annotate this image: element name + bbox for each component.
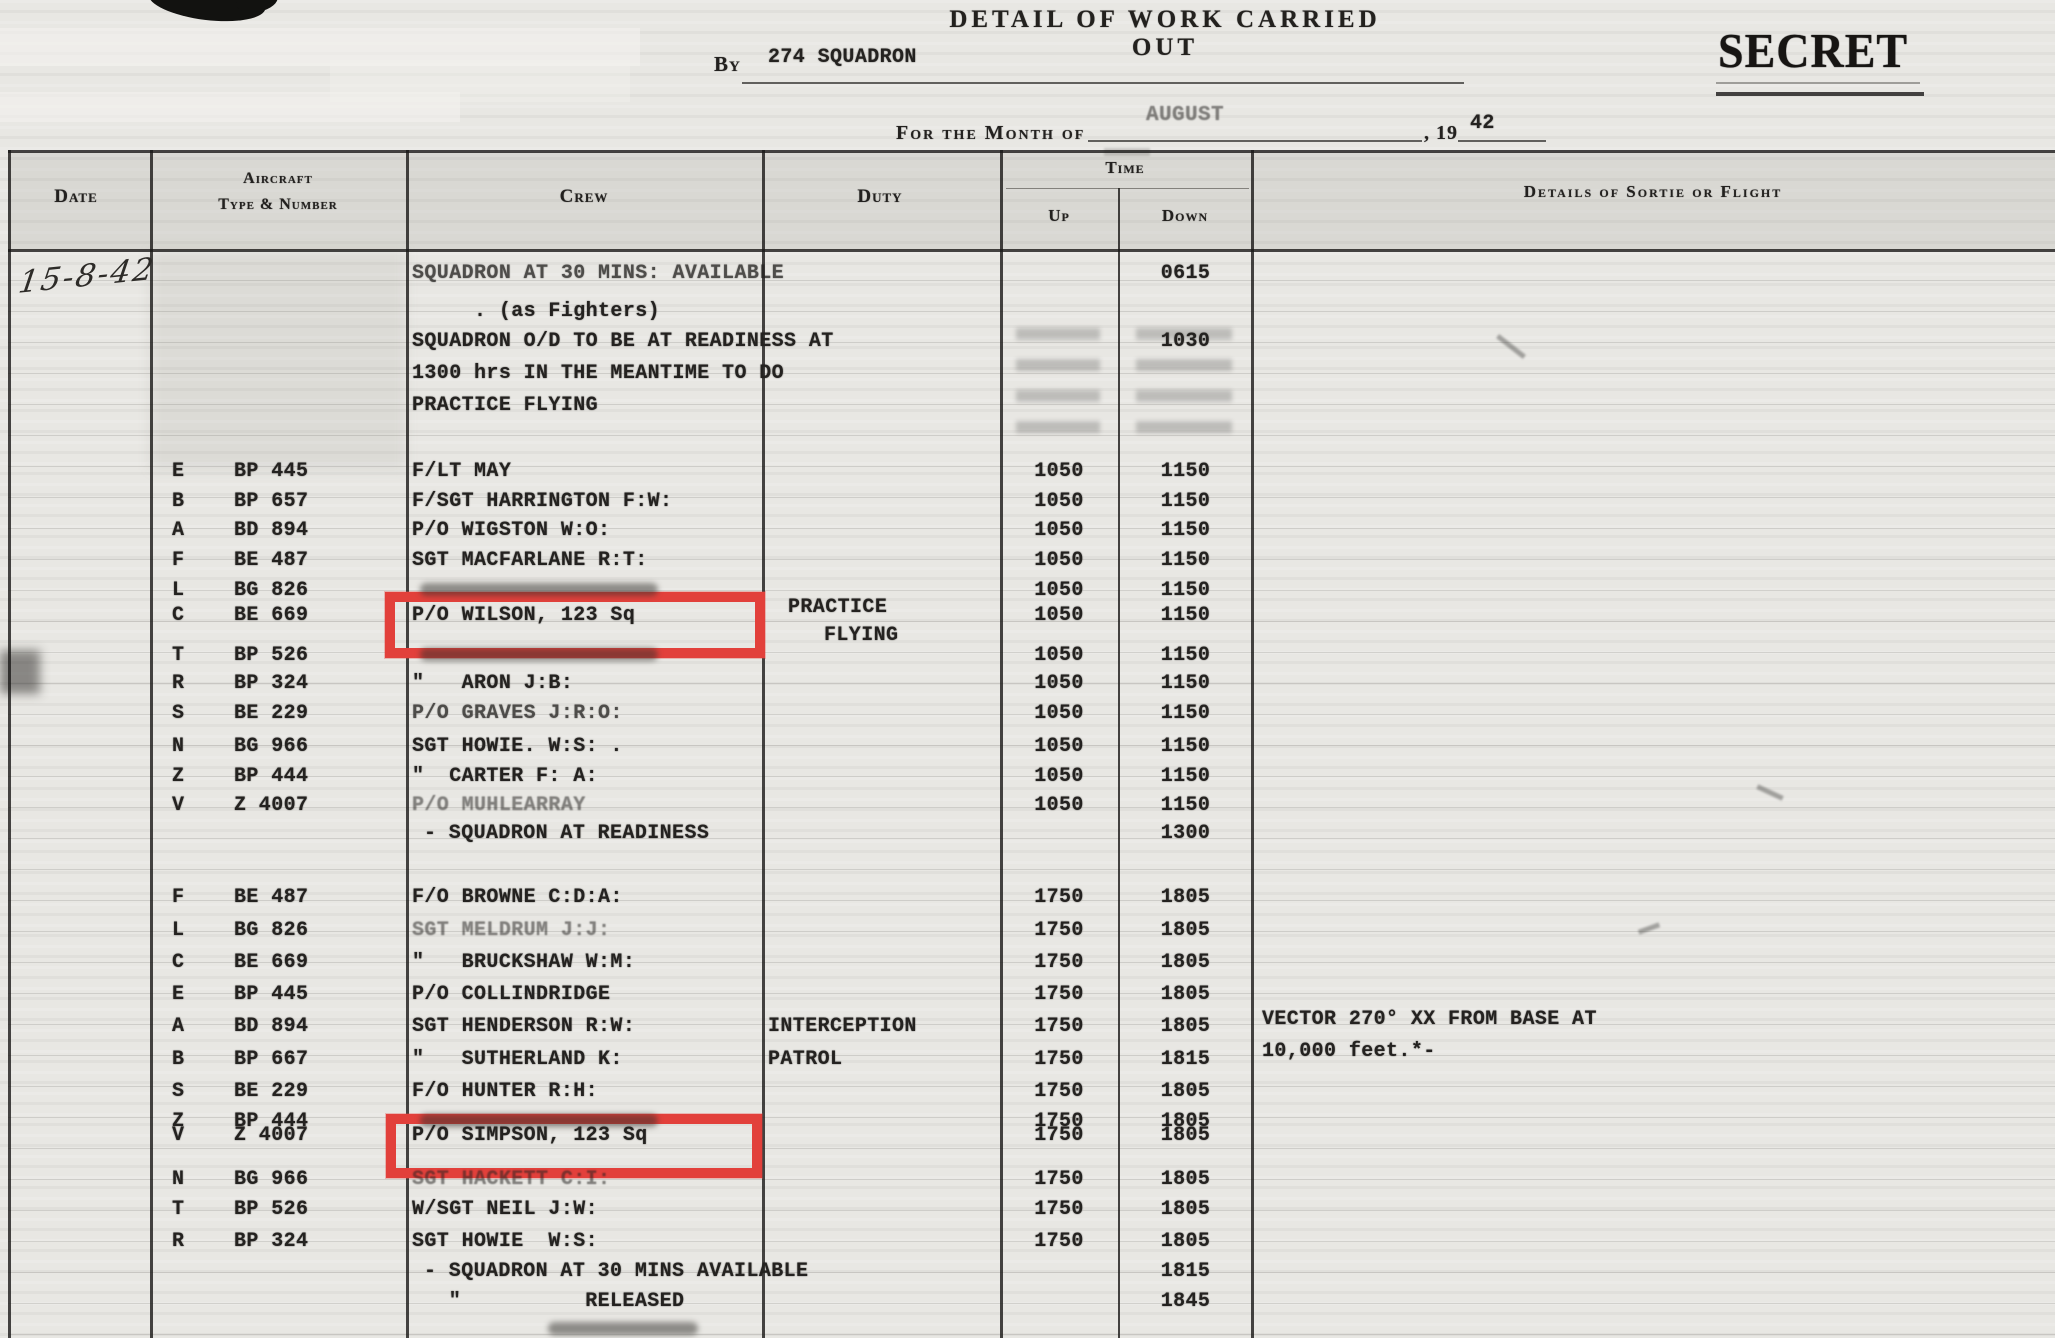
duty-practice-line2: FLYING: [824, 624, 898, 647]
aircraft-letter: N: [172, 1168, 184, 1191]
year-label: , 19: [1424, 122, 1458, 145]
crew-name: P/O WILSON, 123 Sq: [412, 604, 635, 627]
header-aircraft-line1: Aircraft: [178, 170, 378, 188]
aircraft-serial: BP 445: [234, 460, 308, 483]
cutoff-row-smudge: [548, 1322, 698, 1335]
crew-name: SGT HOWIE. W:S: .: [412, 735, 623, 758]
time-up: 1050: [1002, 672, 1116, 695]
aircraft-letter: V: [172, 794, 184, 817]
header-crew: Crew: [484, 186, 684, 208]
aircraft-letter: S: [172, 702, 184, 725]
header-date: Date: [26, 186, 126, 208]
secret-underline: [1716, 82, 1920, 84]
time-down: 1150: [1122, 490, 1249, 513]
aircraft-serial: Z 4007: [234, 1124, 308, 1147]
header-aircraft-line2: Type & Number: [178, 196, 378, 214]
time-down: 1805: [1122, 1015, 1249, 1038]
aircraft-serial: BE 229: [234, 1080, 308, 1103]
aircraft-serial: BE 669: [234, 951, 308, 974]
scan-light-band: [330, 60, 630, 102]
year-value: 42: [1470, 112, 1495, 135]
time-down: 1805: [1122, 919, 1249, 942]
table-top-border: [8, 150, 2055, 153]
month-value: AUGUST: [1146, 104, 1224, 127]
time-up: 1050: [1002, 702, 1116, 725]
time-down: 1150: [1122, 460, 1249, 483]
squadron-status-text: . (as Fighters): [412, 300, 660, 323]
aircraft-letter: R: [172, 1230, 184, 1253]
year-underline: [1458, 140, 1546, 142]
time-up: 1050: [1002, 644, 1116, 667]
aircraft-letter: F: [172, 886, 184, 909]
aircraft-letter: C: [172, 951, 184, 974]
time-up: 1750: [1002, 1168, 1116, 1191]
bleedthrough-times: [1016, 328, 1100, 433]
aircraft-letter: A: [172, 519, 184, 542]
time-down: 1805: [1122, 1230, 1249, 1253]
aircraft-letter: E: [172, 460, 184, 483]
illegible-crew-smudge: [420, 583, 658, 596]
aircraft-letter: E: [172, 983, 184, 1006]
crew-name: P/O GRAVES J:R:O:: [412, 702, 623, 725]
crew-name: SGT HOWIE W:S:: [412, 1230, 598, 1253]
header-time: Time: [1025, 158, 1225, 178]
aircraft-serial: BP 657: [234, 490, 308, 513]
aircraft-letter: L: [172, 919, 184, 942]
aircraft-serial: BE 229: [234, 702, 308, 725]
crew-name: " ARON J:B:: [412, 672, 573, 695]
aircraft-letter: B: [172, 1048, 184, 1071]
time-up: 1050: [1002, 549, 1116, 572]
by-label: By: [714, 52, 741, 77]
time-down: 1150: [1122, 702, 1249, 725]
crew-name: SGT MACFARLANE R:T:: [412, 549, 648, 572]
aircraft-letter: C: [172, 604, 184, 627]
time-up: 1750: [1002, 1124, 1116, 1147]
page-title: DETAIL OF WORK CARRIED OUT: [922, 6, 1408, 62]
secret-underline: [1716, 92, 1924, 96]
aircraft-letter: T: [172, 1198, 184, 1221]
time-down: 1030: [1122, 330, 1249, 353]
duty-practice-line1: PRACTICE: [788, 596, 887, 619]
time-down: 1815: [1122, 1048, 1249, 1071]
col-border-crew-duty: [762, 150, 765, 1338]
crew-name: P/O WIGSTON W:O:: [412, 519, 610, 542]
month-underline: [1088, 140, 1422, 142]
time-up: 1050: [1002, 579, 1116, 602]
aircraft-serial: BP 444: [234, 765, 308, 788]
time-up: 1750: [1002, 886, 1116, 909]
aircraft-serial: Z 4007: [234, 794, 308, 817]
col-border-time-details: [1251, 150, 1254, 1338]
squadron-status-text: - SQUADRON AT 30 MINS AVAILABLE: [424, 1260, 808, 1283]
aircraft-letter: T: [172, 644, 184, 667]
time-down: 1815: [1122, 1260, 1249, 1283]
aircraft-serial: BE 669: [234, 604, 308, 627]
aircraft-serial: BP 526: [234, 644, 308, 667]
time-header-divider: [1006, 188, 1249, 189]
time-down: 1150: [1122, 765, 1249, 788]
time-up: 1050: [1002, 794, 1116, 817]
time-up: 1750: [1002, 1015, 1116, 1038]
aircraft-serial: BP 667: [234, 1048, 308, 1071]
time-up: 1750: [1002, 1230, 1116, 1253]
time-down: 1150: [1122, 735, 1249, 758]
aircraft-serial: BG 826: [234, 919, 308, 942]
squadron-status-text: SQUADRON AT 30 MINS: AVAILABLE: [412, 262, 784, 285]
aircraft-letter: F: [172, 549, 184, 572]
aircraft-serial: BP 324: [234, 672, 308, 695]
header-down: Down: [1124, 206, 1246, 226]
illegible-crew-smudge: [420, 648, 658, 661]
crew-name: P/O MUHLEARRAY: [412, 794, 586, 817]
header-duty: Duty: [780, 186, 980, 208]
crew-name: " SUTHERLAND K:: [412, 1048, 623, 1071]
squadron-value: 274 SQUADRON: [768, 46, 917, 69]
crew-name: W/SGT NEIL J:W:: [412, 1198, 598, 1221]
time-down: 0615: [1122, 262, 1249, 285]
aircraft-letter: B: [172, 490, 184, 513]
crew-name: F/O BROWNE C:D:A:: [412, 886, 623, 909]
time-down: 1805: [1122, 1124, 1249, 1147]
time-down: 1150: [1122, 579, 1249, 602]
aircraft-letter: R: [172, 672, 184, 695]
crew-name: F/SGT HARRINGTON F:W:: [412, 490, 672, 513]
aircraft-serial: BD 894: [234, 519, 308, 542]
duty-label: PATROL: [768, 1048, 842, 1071]
crew-name: SGT MELDRUM J:J:: [412, 919, 610, 942]
squadron-status-text: SQUADRON O/D TO BE AT READINESS AT: [412, 330, 834, 353]
time-down: 1150: [1122, 794, 1249, 817]
time-up: 1750: [1002, 1080, 1116, 1103]
time-down: 1805: [1122, 1080, 1249, 1103]
aircraft-serial: BE 487: [234, 886, 308, 909]
header-up: Up: [1006, 206, 1112, 226]
time-down: 1300: [1122, 822, 1249, 845]
duty-label: INTERCEPTION: [768, 1015, 917, 1038]
aircraft-letter: A: [172, 1015, 184, 1038]
header-bottom-border: [8, 249, 2055, 252]
squadron-status-text: 1300 hrs IN THE MEANTIME TO DO: [412, 362, 784, 385]
aircraft-serial: BP 526: [234, 1198, 308, 1221]
time-up: 1750: [1002, 951, 1116, 974]
time-down: 1805: [1122, 1168, 1249, 1191]
scanned-operations-record-page: DETAIL OF WORK CARRIED OUT SECRET By 274…: [0, 0, 2055, 1338]
header-details: Details of Sortie or Flight: [1353, 182, 1953, 202]
time-down: 1805: [1122, 983, 1249, 1006]
time-up: 1750: [1002, 1198, 1116, 1221]
time-up: 1750: [1002, 983, 1116, 1006]
time-up: 1050: [1002, 519, 1116, 542]
time-up: 1050: [1002, 765, 1116, 788]
time-down: 1150: [1122, 519, 1249, 542]
aircraft-letter: L: [172, 579, 184, 602]
crew-name: " CARTER F: A:: [412, 765, 598, 788]
table-border-left: [8, 150, 11, 1338]
crew-name: SGT HACKETT C:I:: [412, 1168, 610, 1191]
aircraft-serial: BG 826: [234, 579, 308, 602]
aircraft-serial: BD 894: [234, 1015, 308, 1038]
aircraft-letter: N: [172, 735, 184, 758]
aircraft-serial: BP 445: [234, 983, 308, 1006]
time-up: 1750: [1002, 919, 1116, 942]
aircraft-letter: Z: [172, 765, 184, 788]
time-up: 1050: [1002, 604, 1116, 627]
secret-classification-stamp: SECRET: [1718, 23, 1908, 79]
time-down: 1150: [1122, 604, 1249, 627]
crew-name: SGT HENDERSON R:W:: [412, 1015, 635, 1038]
time-down: 1150: [1122, 672, 1249, 695]
crew-name: P/O SIMPSON, 123 Sq: [412, 1124, 648, 1147]
crew-name: " BRUCKSHAW W:M:: [412, 951, 635, 974]
squadron-status-text: " RELEASED: [424, 1290, 684, 1313]
time-down: 1845: [1122, 1290, 1249, 1313]
month-label: For the Month of: [896, 122, 1085, 145]
time-up: 1750: [1002, 1048, 1116, 1071]
aircraft-serial: BE 487: [234, 549, 308, 572]
col-border-up-down: [1118, 188, 1120, 1338]
aircraft-serial: BG 966: [234, 1168, 308, 1191]
time-down: 1805: [1122, 886, 1249, 909]
aircraft-letter: S: [172, 1080, 184, 1103]
time-down: 1805: [1122, 1198, 1249, 1221]
details-vector-line1: VECTOR 270° XX FROM BASE AT: [1262, 1008, 1597, 1031]
squadron-status-text: - SQUADRON AT READINESS: [424, 822, 709, 845]
aircraft-letter: V: [172, 1124, 184, 1147]
time-up: 1050: [1002, 490, 1116, 513]
crew-name: P/O COLLINDRIDGE: [412, 983, 610, 1006]
details-vector-line2: 10,000 feet.*-: [1262, 1040, 1436, 1063]
crew-name: F/LT MAY: [412, 460, 511, 483]
crew-name: F/O HUNTER R:H:: [412, 1080, 598, 1103]
aircraft-serial: BP 324: [234, 1230, 308, 1253]
time-down: 1150: [1122, 549, 1249, 572]
by-underline: [742, 82, 1464, 84]
aircraft-serial: BG 966: [234, 735, 308, 758]
squadron-status-text: PRACTICE FLYING: [412, 394, 598, 417]
time-down: 1150: [1122, 644, 1249, 667]
time-up: 1050: [1002, 735, 1116, 758]
col-border-date-aircraft: [150, 150, 153, 1338]
time-down: 1805: [1122, 951, 1249, 974]
time-up: 1050: [1002, 460, 1116, 483]
